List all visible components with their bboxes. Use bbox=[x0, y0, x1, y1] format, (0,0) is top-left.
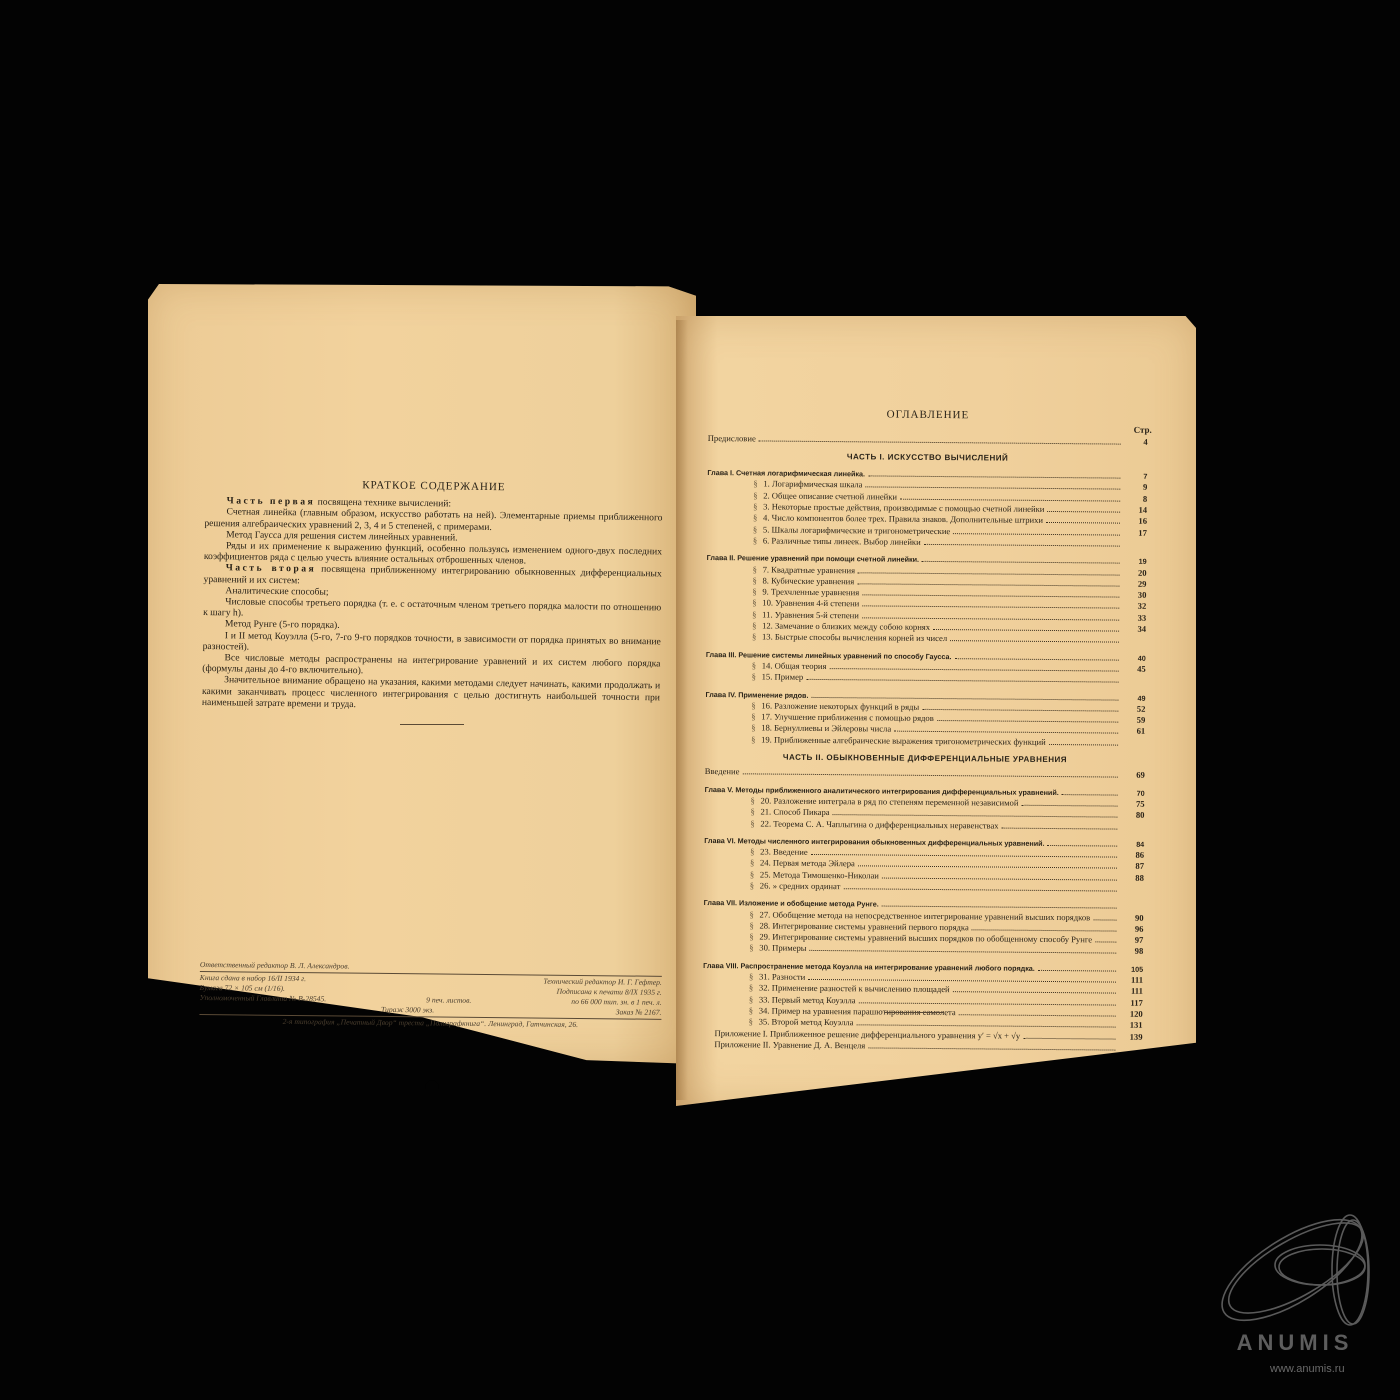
leader-dots bbox=[959, 1014, 1116, 1016]
toc-label: 10. Уравнения 4-й степени bbox=[762, 598, 859, 610]
leader-dots bbox=[859, 1002, 1116, 1005]
leader-dots bbox=[857, 583, 1119, 586]
part-heading: ЧАСТЬ II. ОБЫКНОВЕННЫЕ ДИФФЕРЕНЦИАЛЬНЫЕ … bbox=[705, 751, 1145, 766]
section-sign-icon: § bbox=[752, 632, 762, 643]
leader-dots bbox=[1047, 511, 1120, 513]
print-run: Тираж 3000 экз. bbox=[381, 1005, 434, 1016]
toc-label: Предисловие bbox=[708, 433, 756, 445]
toc-label: 15. Пример bbox=[762, 672, 804, 684]
section-sign-icon: § bbox=[751, 723, 761, 734]
toc-page-number: 49 bbox=[1121, 692, 1145, 704]
toc-label: 9. Трехчленные уравнения bbox=[762, 587, 859, 599]
divider bbox=[400, 724, 464, 725]
toc-page-number: 97 bbox=[1119, 935, 1143, 947]
toc-section: §22. Теорема С. А. Чаплыгина о дифференц… bbox=[704, 817, 1144, 832]
toc-page-number: 105 bbox=[1119, 963, 1143, 975]
toc-label: 13. Быстрые способы вычисления корней из… bbox=[762, 632, 947, 645]
section-sign-icon: § bbox=[752, 598, 762, 609]
toc-page-number: 120 bbox=[1119, 1009, 1143, 1021]
toc-page-number: 117 bbox=[1119, 997, 1143, 1009]
leader-dots bbox=[1049, 744, 1118, 746]
toc-page-number: 96 bbox=[1119, 923, 1143, 935]
toc-label: 31. Разности bbox=[759, 972, 805, 984]
section-sign-icon: § bbox=[753, 513, 763, 524]
leader-dots bbox=[1093, 919, 1116, 920]
section-sign-icon: § bbox=[753, 501, 763, 512]
chars-per-sheet: по 66 000 тип. зн. в 1 печ. л. bbox=[571, 997, 661, 1008]
toc-page-number: 111 bbox=[1119, 975, 1143, 987]
leader-dots bbox=[900, 498, 1120, 501]
toc-title: ОГЛАВЛЕНИЕ bbox=[708, 408, 1148, 423]
toc-body: Предисловие4ЧАСТЬ I. ИСКУССТВО ВЫЧИСЛЕНИ… bbox=[702, 433, 1147, 1054]
leader-dots bbox=[868, 476, 1120, 479]
imprint: Ответственный редактор В. Л. Александров… bbox=[199, 960, 662, 1031]
leader-dots bbox=[868, 1047, 1115, 1050]
leader-dots bbox=[862, 606, 1119, 609]
part-heading: ЧАСТЬ I. ИСКУССТВО ВЫЧИСЛЕНИЙ bbox=[708, 450, 1148, 465]
toc-page-number: 70 bbox=[1121, 787, 1145, 799]
toc-page-number: 4 bbox=[1124, 436, 1148, 448]
toc-label: 30. Примеры bbox=[759, 943, 806, 955]
toc-page-number: 33 bbox=[1122, 612, 1146, 624]
toc-page-number: 111 bbox=[1119, 986, 1143, 998]
section-sign-icon: § bbox=[752, 672, 762, 683]
toc-page-number: 40 bbox=[1122, 652, 1146, 664]
toc-page-number: 8 bbox=[1123, 493, 1147, 505]
toc-label: Глава II. Решение уравнений при помощи с… bbox=[707, 552, 919, 565]
leader-dots bbox=[953, 992, 1116, 994]
toc-label: 14. Общая теория bbox=[762, 660, 827, 672]
watermark-brand: ANUMIS bbox=[1210, 1330, 1380, 1356]
section-sign-icon: § bbox=[750, 869, 760, 880]
toc-label: Глава I. Счетная логарифмическая линейка… bbox=[707, 467, 865, 480]
chief-editor: Ответственный редактор В. Л. Александров… bbox=[200, 960, 350, 972]
sheets: 9 печ. листов. bbox=[426, 995, 471, 1005]
toc-page-number: 69 bbox=[1121, 770, 1145, 782]
section-sign-icon: § bbox=[751, 734, 761, 745]
toc-page-number: 98 bbox=[1119, 946, 1143, 958]
leader-dots bbox=[810, 950, 1117, 954]
toc-page-number: 14 bbox=[1123, 505, 1147, 517]
leader-dots bbox=[843, 888, 1116, 891]
toc-label: 21. Способ Пикара bbox=[760, 807, 829, 819]
section-sign-icon: § bbox=[749, 943, 759, 954]
leader-dots bbox=[759, 440, 1121, 444]
section-sign-icon: § bbox=[752, 587, 762, 598]
watermark: ANUMIS www.anumis.ru bbox=[1210, 1210, 1390, 1390]
leader-dots bbox=[954, 658, 1118, 660]
leader-dots bbox=[856, 1025, 1115, 1028]
leader-dots bbox=[811, 696, 1118, 700]
toc-section: §26. » средних ординат bbox=[704, 880, 1144, 895]
toc-page-number: 32 bbox=[1122, 601, 1146, 613]
toc-label: 26. » средних ординат bbox=[760, 880, 841, 892]
section-sign-icon: § bbox=[752, 609, 762, 620]
leader-dots bbox=[1038, 970, 1116, 972]
toc-label: 8. Кубические уравнения bbox=[762, 575, 854, 587]
order-number: Заказ № 2167. bbox=[616, 1007, 662, 1017]
section-sign-icon: § bbox=[750, 818, 760, 829]
toc-label: Глава VII. Изложение и обобщение метода … bbox=[704, 897, 879, 910]
toc-page-number: 29 bbox=[1122, 578, 1146, 590]
toc-label: Приложение II. Уравнение Д. А. Венцеля bbox=[714, 1039, 865, 1052]
toc-page-number: 139 bbox=[1118, 1031, 1142, 1043]
leader-dots bbox=[829, 668, 1118, 672]
toc-preface: Предисловие4 bbox=[708, 433, 1148, 448]
leader-dots bbox=[937, 720, 1119, 723]
toc-page-number: 45 bbox=[1122, 664, 1146, 676]
toc-label: Глава IV. Применение рядов. bbox=[705, 689, 808, 701]
leader-dots bbox=[882, 906, 1117, 909]
toc-page-number: 87 bbox=[1120, 861, 1144, 873]
leader-dots bbox=[894, 731, 1118, 734]
leader-dots bbox=[1095, 942, 1116, 943]
leader-dots bbox=[1021, 805, 1117, 807]
leader-dots bbox=[1046, 522, 1120, 524]
leader-dots bbox=[882, 877, 1117, 880]
section-sign-icon: § bbox=[750, 858, 760, 869]
toc-page-number: 17 bbox=[1123, 527, 1147, 539]
section-sign-icon: § bbox=[749, 983, 759, 994]
section-sign-icon: § bbox=[750, 909, 760, 920]
section-sign-icon: § bbox=[753, 535, 763, 546]
leader-dots bbox=[862, 617, 1119, 620]
toc-label: 22. Теорема С. А. Чаплыгина о дифференци… bbox=[760, 818, 998, 831]
section-sign-icon: § bbox=[750, 846, 760, 857]
anumis-rings-logo-icon bbox=[1210, 1210, 1380, 1330]
toc-intro: Введение69 bbox=[705, 766, 1145, 781]
leader-dots bbox=[1002, 827, 1118, 829]
section-sign-icon: § bbox=[750, 807, 760, 818]
leader-dots bbox=[858, 572, 1120, 575]
toc-label: 7. Квадратные уравнения bbox=[763, 564, 856, 576]
section-sign-icon: § bbox=[749, 1005, 759, 1016]
leader-dots bbox=[865, 487, 1120, 490]
section-sign-icon: § bbox=[752, 620, 762, 631]
leader-dots bbox=[833, 814, 1118, 817]
section-sign-icon: § bbox=[749, 971, 759, 982]
toc-label: 19. Приближенные алгебраические выражени… bbox=[761, 734, 1046, 748]
leader-dots bbox=[1062, 794, 1118, 795]
section-sign-icon: § bbox=[751, 700, 761, 711]
toc-label: 35. Второй метод Коуэлла bbox=[759, 1017, 854, 1029]
section-sign-icon: § bbox=[749, 1017, 759, 1028]
book-gutter bbox=[676, 320, 688, 1100]
toc-page-number: 16 bbox=[1123, 516, 1147, 528]
toc-label: Введение bbox=[705, 766, 740, 778]
toc-page-number: 59 bbox=[1121, 715, 1145, 727]
toc-page-number: 20 bbox=[1123, 567, 1147, 579]
toc-page-number: 90 bbox=[1120, 912, 1144, 924]
leader-dots bbox=[933, 629, 1119, 632]
section-sign-icon: § bbox=[751, 795, 761, 806]
section-sign-icon: § bbox=[753, 479, 763, 490]
section-sign-icon: § bbox=[749, 932, 759, 943]
toc-label: 33. Первый метод Коуэлла bbox=[759, 994, 856, 1006]
divider bbox=[884, 1012, 944, 1013]
section-sign-icon: § bbox=[751, 712, 761, 723]
leader-dots bbox=[922, 561, 1120, 564]
summary-paragraph: Значительное внимание обращено на указан… bbox=[202, 674, 660, 714]
section-sign-icon: § bbox=[753, 524, 763, 535]
page-tear bbox=[425, 1080, 439, 1098]
toc-label: 23. Введение bbox=[760, 847, 808, 859]
paragraph-text: Значительное внимание обращено на указан… bbox=[202, 675, 660, 710]
toc-page-number: 34 bbox=[1122, 624, 1146, 636]
leader-dots bbox=[1048, 845, 1118, 847]
leader-dots bbox=[808, 979, 1116, 983]
toc-label: 11. Уравнения 5-й степени bbox=[762, 609, 859, 621]
toc-page-number: 86 bbox=[1120, 850, 1144, 862]
toc-page-number: 30 bbox=[1122, 590, 1146, 602]
toc-page-number: 131 bbox=[1119, 1020, 1143, 1032]
toc-page-number: 52 bbox=[1121, 703, 1145, 715]
toc-page-number: 9 bbox=[1123, 482, 1147, 494]
leader-dots bbox=[950, 640, 1119, 642]
section-sign-icon: § bbox=[753, 490, 763, 501]
leader-dots bbox=[972, 929, 1117, 931]
toc-page-number: 7 bbox=[1123, 471, 1147, 483]
section-sign-icon: § bbox=[749, 994, 759, 1005]
summary-block: КРАТКОЕ СОДЕРЖАНИЕ Часть первая посвящен… bbox=[202, 478, 663, 714]
toc-page-number: 75 bbox=[1121, 799, 1145, 811]
summary-paragraphs: Часть первая посвящена технике вычислени… bbox=[202, 495, 663, 714]
leader-dots bbox=[806, 679, 1118, 683]
glavlit: Уполномоченный Главлита № В-28545. bbox=[200, 993, 327, 1004]
toc-page-number: 19 bbox=[1123, 556, 1147, 568]
toc-label: Глава III. Решение системы линейных урав… bbox=[706, 649, 952, 662]
section-sign-icon: § bbox=[752, 660, 762, 671]
table-of-contents: ОГЛАВЛЕНИЕ Стр. Предисловие4ЧАСТЬ I. ИСК… bbox=[702, 408, 1148, 1054]
toc-page-number: 61 bbox=[1121, 726, 1145, 738]
section-sign-icon: § bbox=[753, 564, 763, 575]
leader-dots bbox=[1023, 1037, 1115, 1039]
toc-label: 1. Логарифмическая шкала bbox=[763, 479, 862, 491]
leader-dots bbox=[922, 709, 1118, 712]
toc-page-number: 84 bbox=[1120, 838, 1144, 850]
toc-page-number: 88 bbox=[1120, 872, 1144, 884]
toc-label: 6. Различные типы линеек. Выбор линейки bbox=[763, 535, 921, 548]
leader-dots bbox=[742, 774, 1117, 778]
leader-dots bbox=[953, 533, 1120, 535]
leader-dots bbox=[924, 544, 1120, 547]
toc-label: 24. Первая метода Эйлера bbox=[760, 858, 855, 870]
toc-section: §6. Различные типы линеек. Выбор линейки bbox=[707, 535, 1147, 550]
section-sign-icon: § bbox=[752, 575, 762, 586]
toc-page-number: 80 bbox=[1120, 810, 1144, 822]
section-sign-icon: § bbox=[750, 880, 760, 891]
leader-dots bbox=[862, 595, 1119, 598]
leader-dots bbox=[811, 854, 1117, 858]
leader-dots bbox=[858, 866, 1117, 869]
section-sign-icon: § bbox=[749, 920, 759, 931]
watermark-url: www.anumis.ru bbox=[1270, 1363, 1345, 1375]
